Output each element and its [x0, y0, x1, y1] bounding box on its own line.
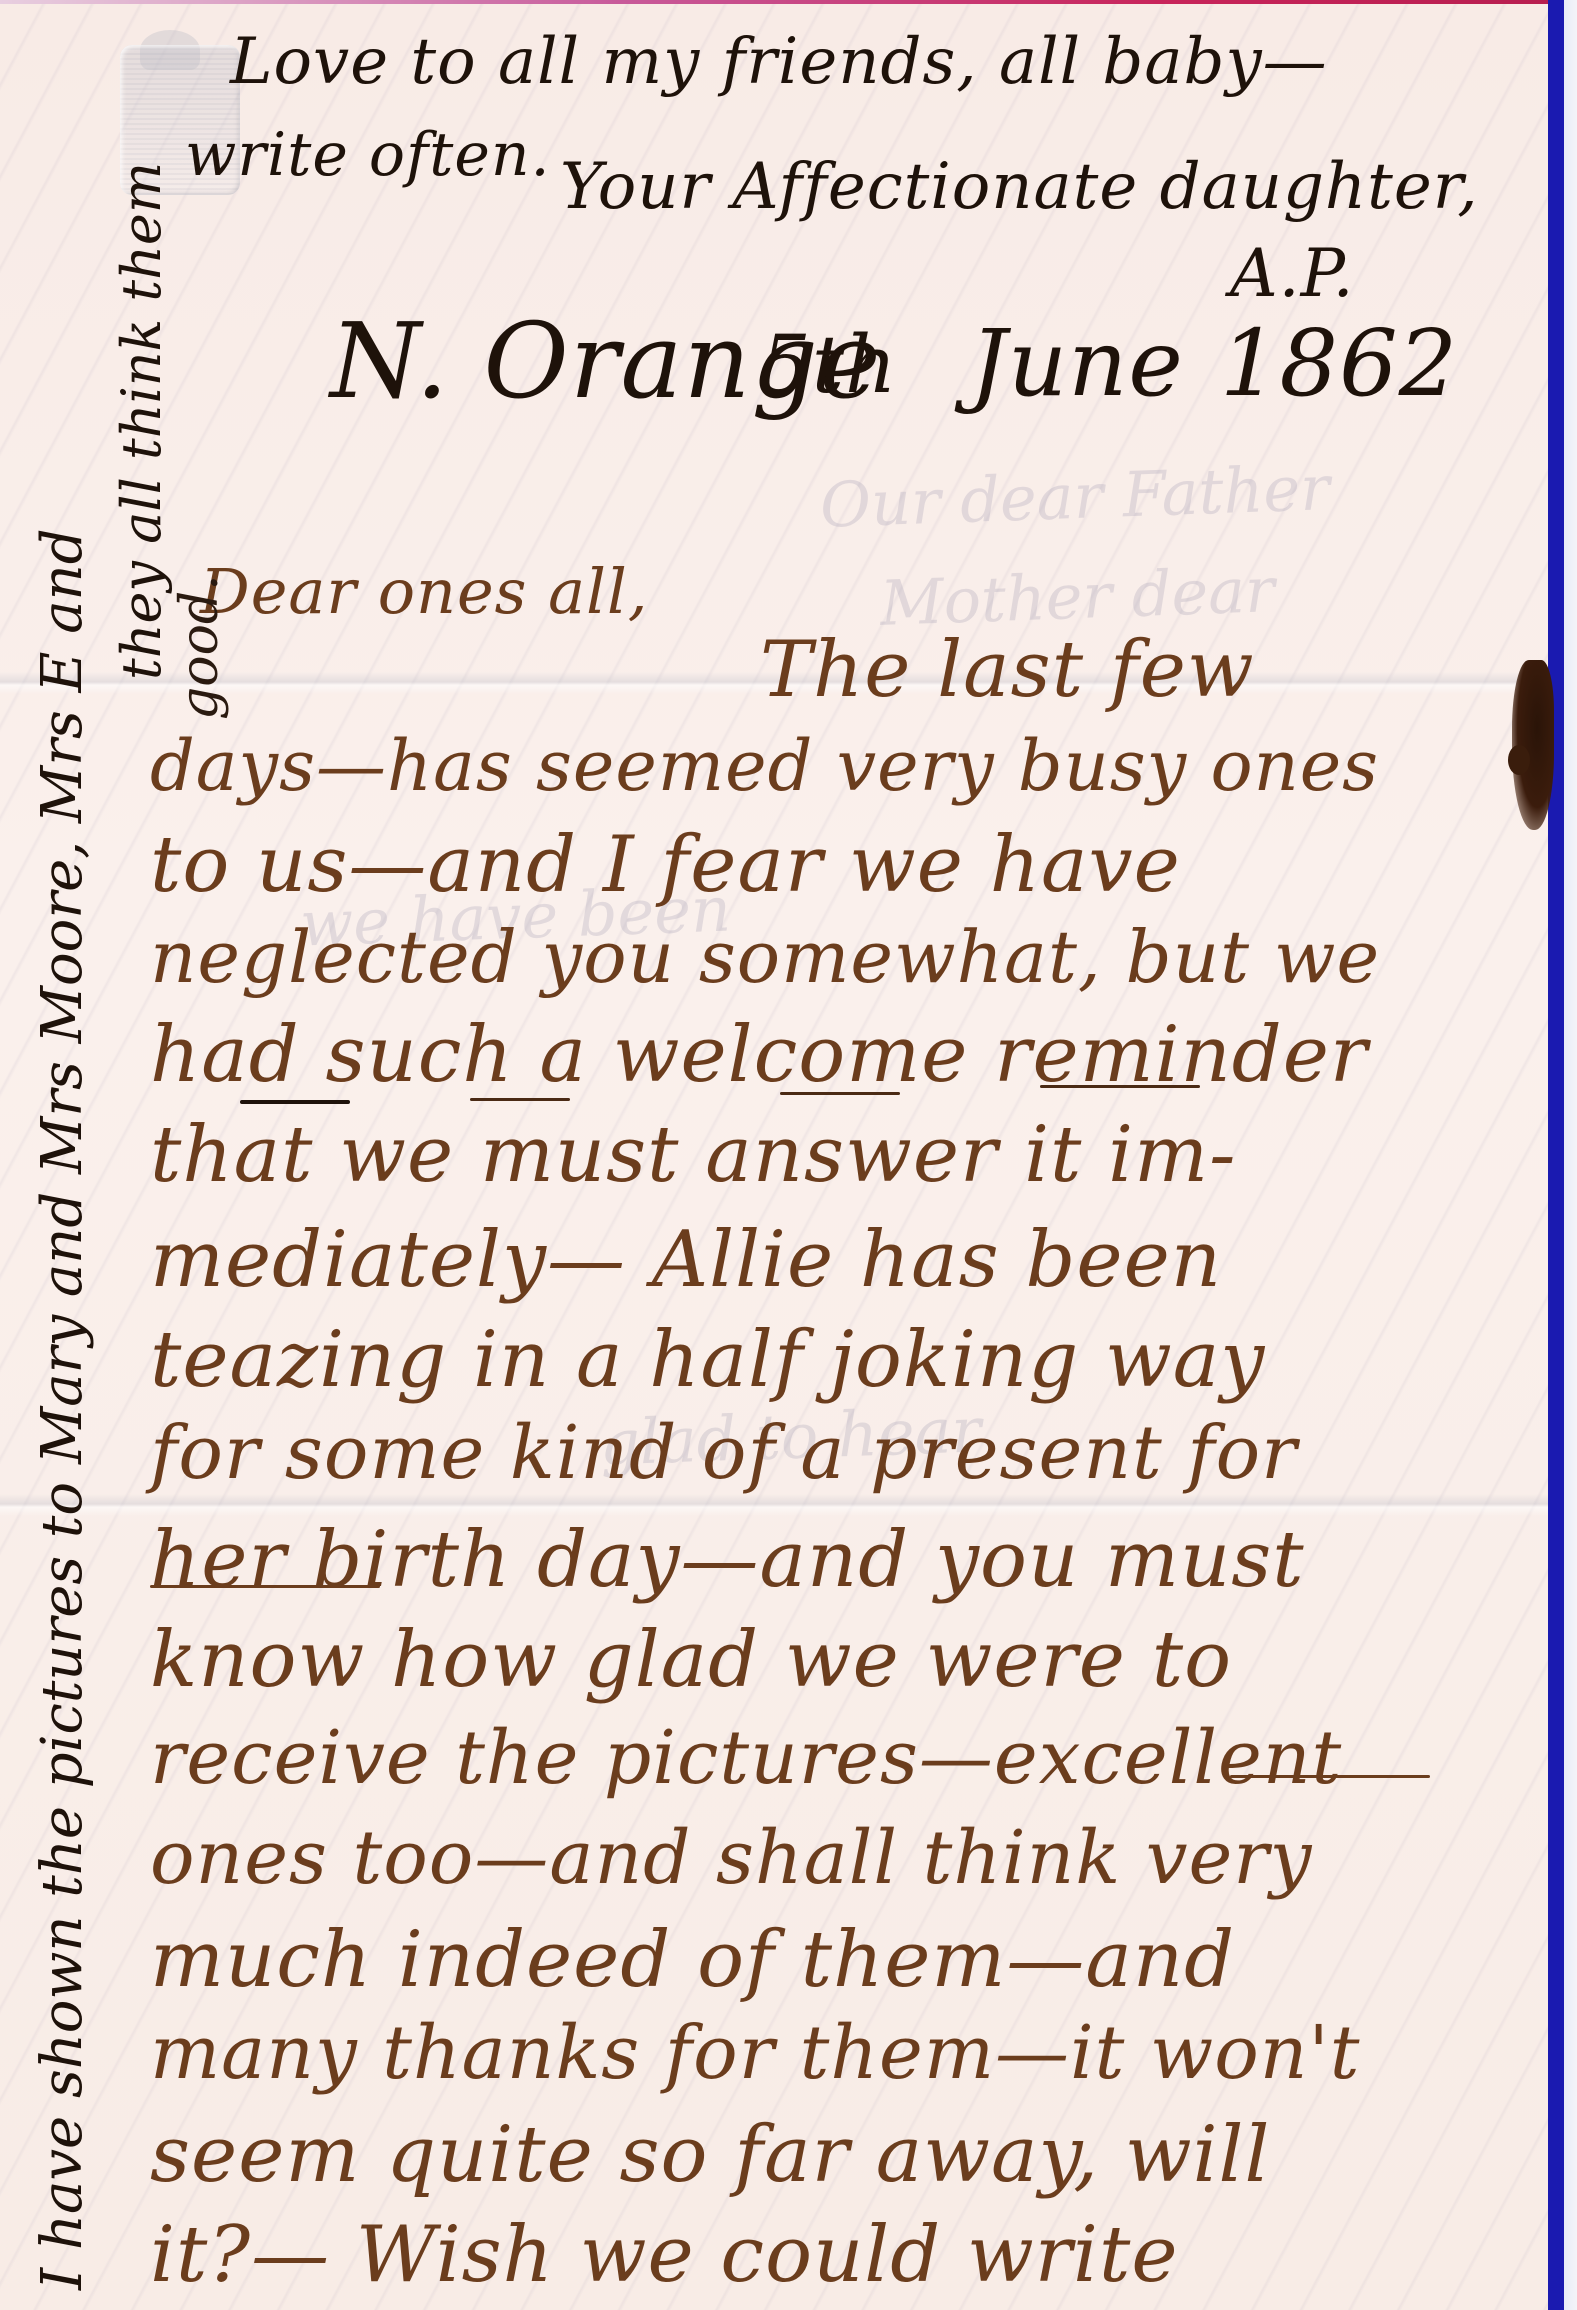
body-line: much indeed of them—and [150, 1915, 1235, 2005]
blue-border-rule [1548, 0, 1564, 2310]
body-line: seem quite so far away, will [150, 2110, 1270, 2200]
emphasis-underline [240, 1100, 350, 1104]
postscript-line-1: Love to all my friends, all baby— [230, 25, 1328, 99]
body-line: mediately— Allie has been [150, 1215, 1222, 1305]
postscript-line-2: write often. [185, 120, 551, 190]
body-line: her birth day—and you must [150, 1515, 1305, 1605]
body-line: it?— Wish we could write [150, 2210, 1178, 2300]
body-line: many thanks for them—it won't [150, 2010, 1361, 2096]
emphasis-underline [150, 1585, 380, 1588]
body-line: neglected you somewhat, but we [150, 915, 1380, 999]
margin-note-column-1: I have shown the pictures to Mary and Mr… [30, 528, 95, 2290]
right-edge-strip [1564, 0, 1577, 2310]
margin-note-column-2: they all think them [110, 162, 173, 680]
body-line: know how glad we were to [150, 1615, 1232, 1705]
heading-year: 1862 [1220, 310, 1458, 417]
salutation: Dear ones all, [200, 555, 649, 628]
body-line: for some kind of a present for [150, 1410, 1298, 1496]
fold-crease [0, 1494, 1548, 1516]
emphasis-underline [1040, 1085, 1200, 1088]
emphasis-underline [470, 1098, 570, 1101]
margin-note-column-3: good. [170, 574, 230, 720]
signature: A.P. [1230, 235, 1355, 312]
postscript-closing: Your Affectionate daughter, [560, 150, 1479, 224]
body-line: that we must answer it im- [150, 1110, 1236, 1200]
heading-day: 5th [760, 318, 898, 411]
body-line: to us—and I fear we have [150, 820, 1181, 910]
body-line: receive the pictures—excellent [150, 1715, 1342, 1801]
body-line: days—has seemed very busy ones [150, 725, 1379, 807]
heading-month: June [970, 310, 1184, 417]
emphasis-underline [1230, 1775, 1430, 1778]
body-line: teazing in a half joking way [150, 1315, 1265, 1405]
body-line: ones too—and shall think very [150, 1815, 1313, 1901]
ink-stain-blob [1508, 745, 1530, 775]
top-edge-tint [0, 0, 1548, 4]
emphasis-underline [780, 1092, 900, 1095]
body-line: The last few [760, 625, 1255, 715]
